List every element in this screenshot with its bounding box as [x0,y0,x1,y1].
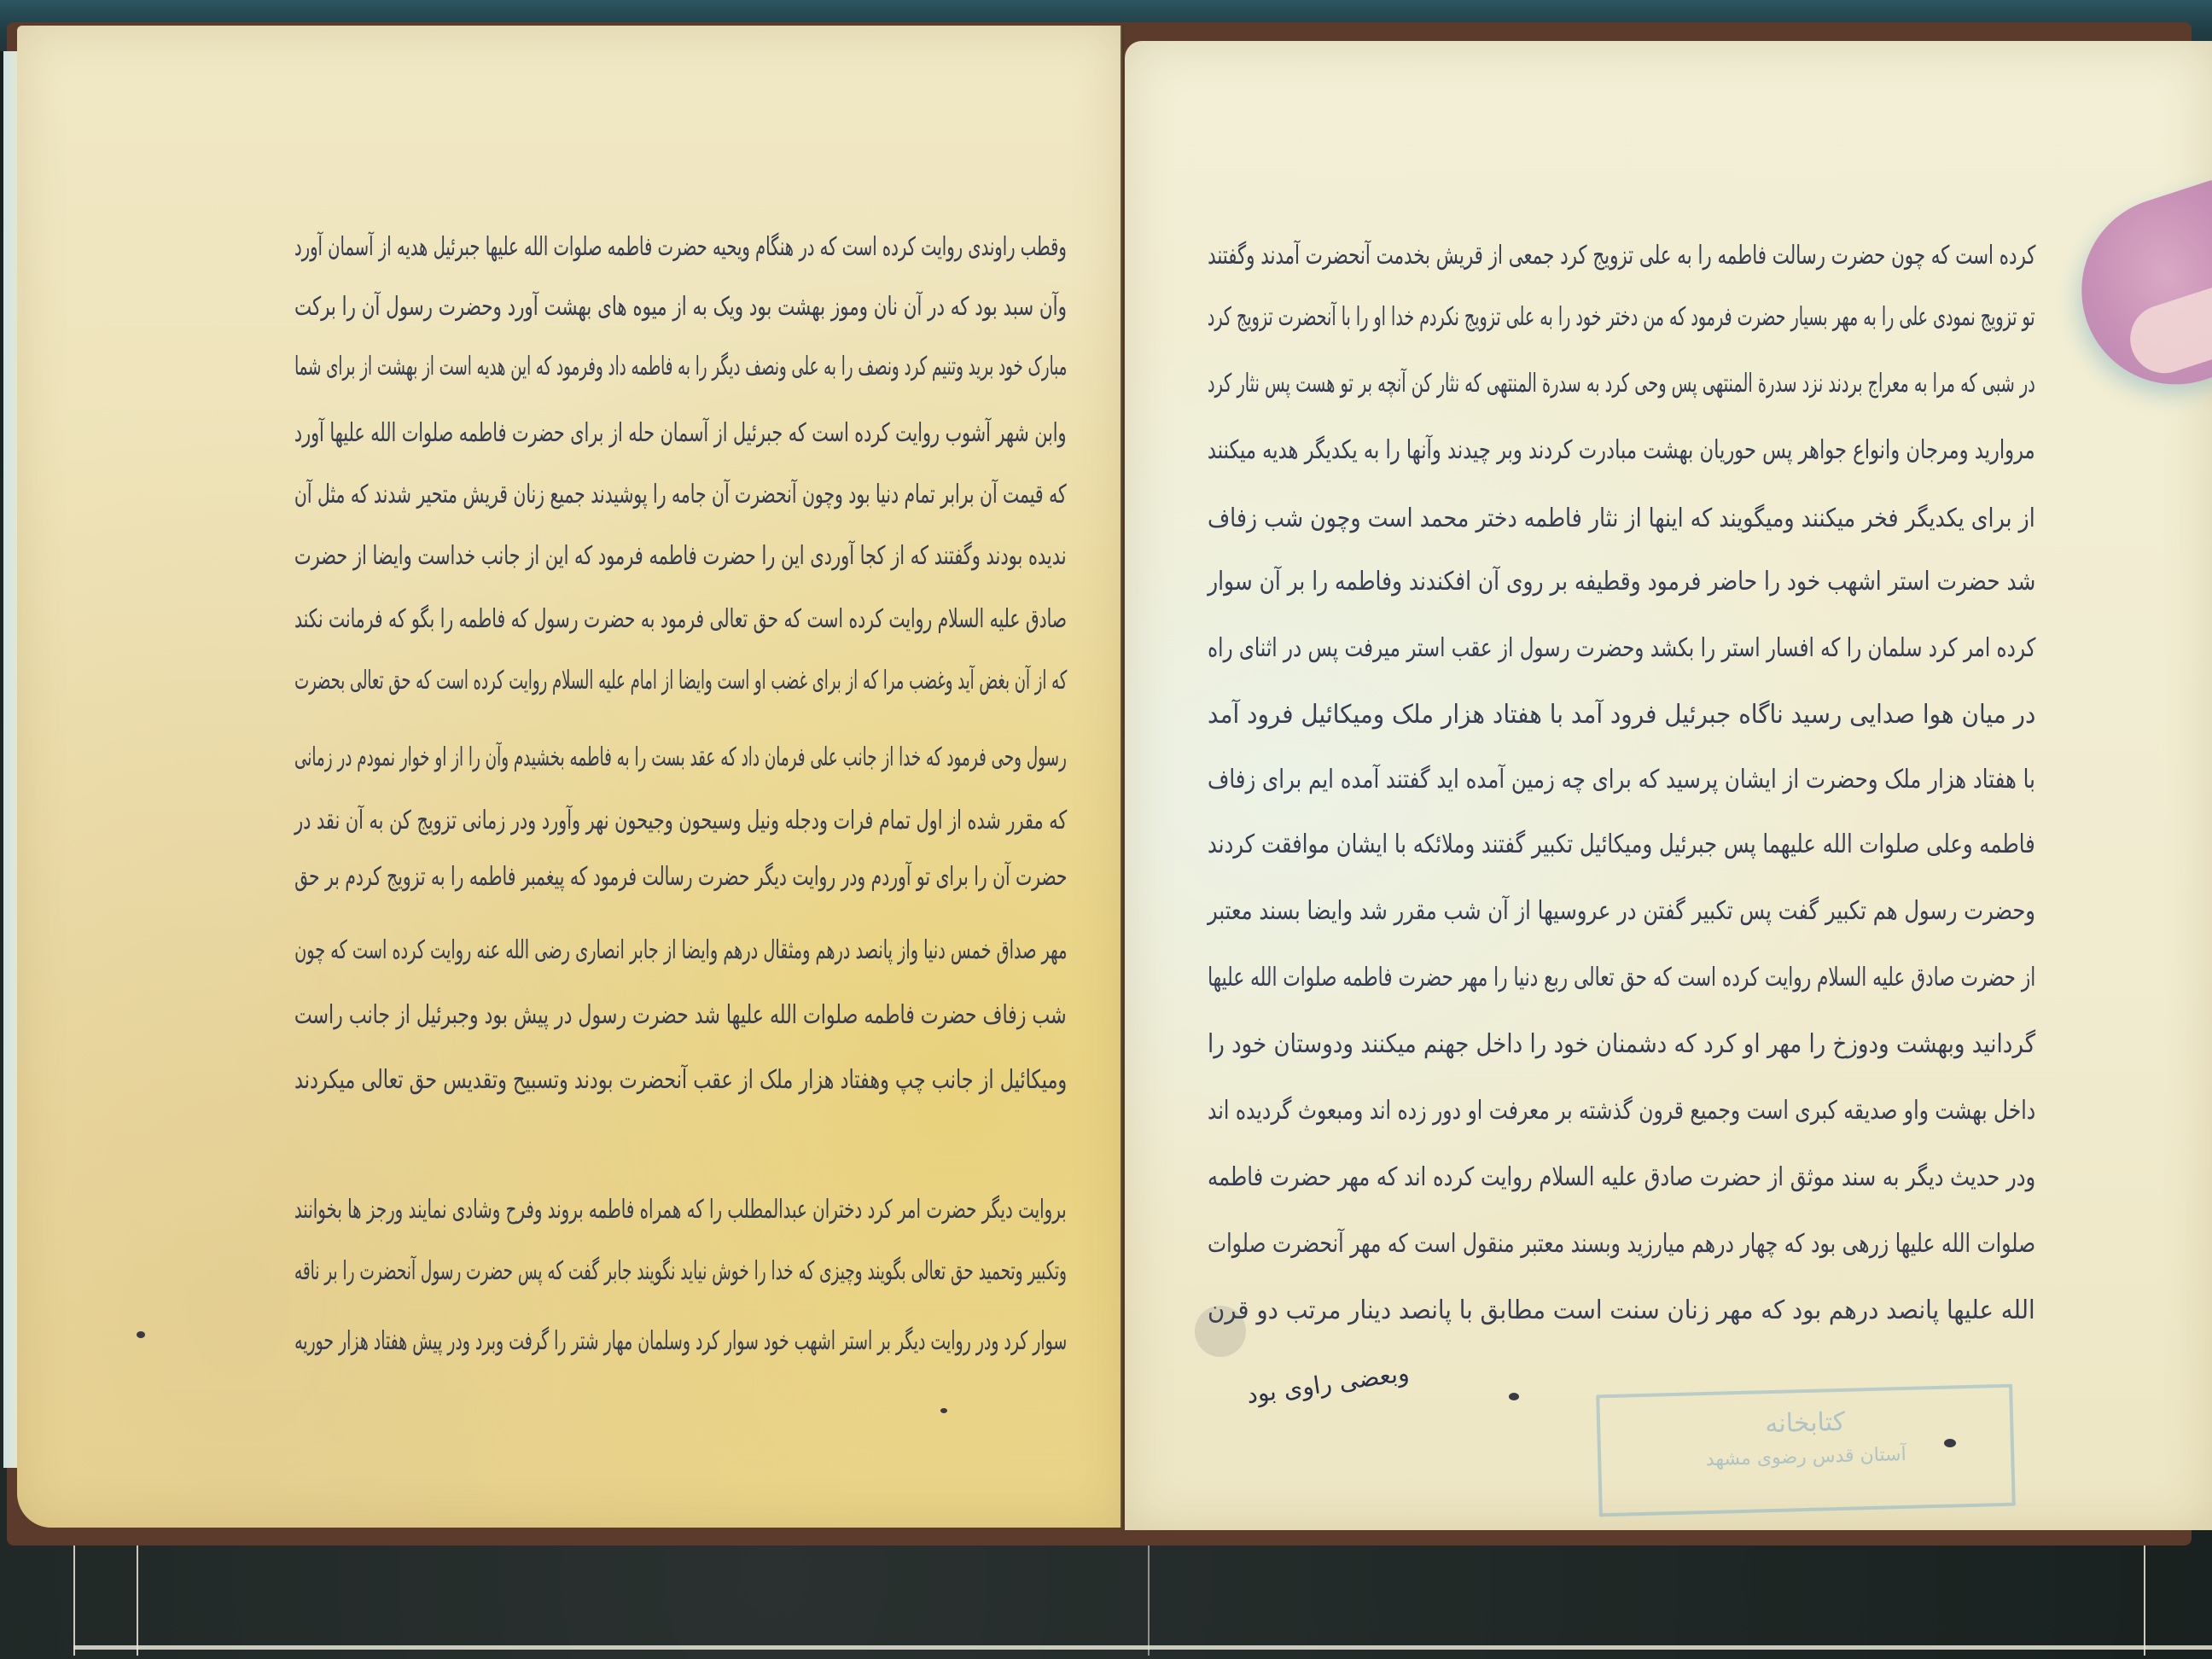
mat-guide-line [137,1528,138,1656]
manuscript-line: از برای یکدیگر فخر میکنند ومیگویند که ای… [1208,502,2035,536]
manuscript-line: مبارک خود برید وتنیم کرد ونصف را به علی … [294,350,1067,384]
manuscript-line: مروارید ومرجان وانواع جواهر پس حوریان به… [1208,434,2035,468]
manuscript-line: ومیکائیل از جانب چپ وهفتاد هزار ملک از ع… [294,1063,1067,1097]
ink-spot [137,1331,145,1338]
manuscript-line: وحضرت رسول هم تکبیر گفت پس تکبیر گفتن در… [1208,894,2035,928]
manuscript-line: در شبی که مرا به معراج بردند نزد سدرة ال… [1208,367,2035,401]
library-stamp: کتابخانه آستان قدس رضوی مشهد [1596,1384,2016,1517]
manuscript-line: شد حضرت استر اشهب خود را حاضر فرمود وقطی… [1208,565,2035,599]
manuscript-line: مهر صداق خمس دنیا واز پانصد درهم ومثقال … [294,934,1067,968]
manuscript-line: وتکبیر وتحمید حق تعالی بگویند وچیزی که خ… [294,1254,1067,1289]
manuscript-line: که قیمت آن برابر تمام دنیا بود وچون آنحض… [294,478,1067,512]
manuscript-line: حضرت آن را برای تو آوردم ودر روایت دیگر … [294,860,1067,894]
manuscript-line: شب زفاف حضرت فاطمه صلوات الله علیها شد ح… [294,998,1067,1033]
left-page-text: وقطب راوندی روایت کرده است که در هنگام و… [294,230,1067,1357]
manuscript-line: از حضرت صادق علیه السلام روایت کرده است … [1208,961,2035,995]
manuscript-line: الله علیها پانصد درهم بود که مهر زنان سن… [1208,1294,2035,1328]
manuscript-line: فاطمه وعلی صلوات الله علیهما پس جبرئیل و… [1208,828,2035,862]
manuscript-line: وقطب راوندی روایت کرده است که در هنگام و… [294,230,1067,265]
manuscript-line: صلوات الله علیها زرهی بود که چهار درهم م… [1208,1227,2035,1261]
manuscript-line: کرده است که چون حضرت رسالت فاطمه را به ع… [1208,239,2035,273]
stamp-line-1: کتابخانه [1600,1403,2011,1444]
ink-spot [1509,1393,1519,1400]
manuscript-line: رسول وحی فرمود که خدا از جانب علی فرمان … [294,741,1067,775]
mat-guide-line [1148,1528,1150,1656]
manuscript-line: سوار کرد ودر روایت دیگر بر استر اشهب خود… [294,1324,1067,1359]
manuscript-line: در میان هوا صدایی رسید ناگاه جبرئیل فرود… [1208,698,2035,732]
manuscript-line: که از آن بغض آید وغضب مرا که از برای غضب… [294,664,1067,698]
smudge [1195,1306,1246,1357]
manuscript-line: وآن سبد بود که در آن نان وموز بهشت بود و… [294,290,1067,324]
ink-spot [1944,1439,1956,1447]
page-edges [3,51,17,1468]
manuscript-line: بروایت دیگر حضرت امر کرد دختران عبدالمطل… [294,1193,1067,1227]
manuscript-line: که مقرر شده از اول تمام فرات ودجله ونیل … [294,804,1067,838]
manuscript-line: داخل بهشت واو صدیقه کبری است وجمیع قرون … [1208,1094,2035,1128]
mat-guide-line [73,1645,2212,1650]
manuscript-line: ندیده بودند وگفتند که از کجا آوردی این ر… [294,539,1067,573]
fingernail [2122,280,2212,381]
manuscript-line: ودر حدیث دیگر به سند موثق از حضرت صادق ع… [1208,1161,2035,1195]
manuscript-line: وابن شهر آشوب روایت کرده است که جبرئیل ا… [294,416,1067,451]
manuscript-line: کرده امر کرد سلمان را که افسار استر را ب… [1208,632,2035,666]
right-page-text: کرده است که چون حضرت رسالت فاطمه را به ع… [1208,230,2035,1374]
manuscript-line: گردانید وبهشت ودوزخ را مهر او کرد که دشم… [1208,1027,2035,1062]
book-gutter [1121,26,1124,1528]
manuscript-line: تو تزویج نمودی علی را به مهر بسیار حضرت … [1208,300,2035,335]
mat-guide-line [2144,1536,2145,1656]
manuscript-line: با هفتاد هزار ملک وحضرت از ایشان پرسید ک… [1208,763,2035,797]
manuscript-line: صادق علیه السلام روایت کرده است که حق تع… [294,602,1067,637]
ink-spot [940,1408,947,1413]
